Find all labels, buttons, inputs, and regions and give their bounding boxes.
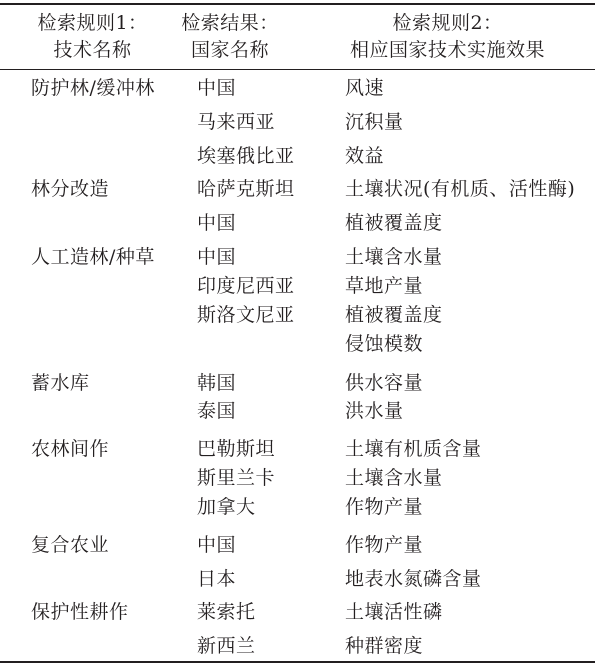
effect-cell: 洪水量: [345, 400, 404, 422]
tech-name-cell: 林分改造: [31, 178, 109, 200]
effect-cell: 沉积量: [345, 111, 404, 133]
effect-cell: 土壤有机质含量: [345, 438, 482, 460]
effect-cell: 土壤含水量: [345, 467, 443, 489]
effect-cell: 作物产量: [345, 496, 423, 518]
country-name-cell: 哈萨克斯坦: [197, 178, 295, 200]
tech-name-cell: 蓄水库: [31, 372, 90, 394]
country-name-cell: 加拿大: [197, 496, 256, 518]
tech-name-cell: 复合农业: [31, 534, 109, 556]
country-name-cell: 印度尼西亚: [197, 275, 295, 297]
header-col3-line2: 相应国家技术实施效果: [300, 39, 595, 61]
country-name-cell: 莱索托: [197, 601, 256, 623]
tech-name-cell: 人工造林/种草: [31, 246, 155, 268]
effect-cell: 供水容量: [345, 372, 423, 394]
table-bottom-rule: [0, 661, 595, 663]
country-name-cell: 中国: [197, 534, 236, 556]
effect-cell: 种群密度: [345, 635, 423, 657]
effect-cell: 地表水氮磷含量: [345, 568, 482, 590]
effect-cell: 植被覆盖度: [345, 304, 443, 326]
effect-cell: 侵蚀模数: [345, 333, 423, 355]
effect-cell: 植被覆盖度: [345, 212, 443, 234]
header-col1-line2: 技术名称: [20, 39, 165, 61]
header-col3-line1: 检索规则2：: [300, 12, 595, 34]
effect-cell: 土壤状况(有机质、活性酶): [345, 178, 575, 200]
country-name-cell: 中国: [197, 77, 236, 99]
effect-cell: 土壤含水量: [345, 246, 443, 268]
effect-cell: 土壤活性磷: [345, 601, 443, 623]
country-name-cell: 中国: [197, 212, 236, 234]
effect-cell: 风速: [345, 77, 384, 99]
header-col2-line1: 检索结果：: [170, 12, 290, 34]
country-name-cell: 巴勒斯坦: [197, 438, 275, 460]
country-name-cell: 中国: [197, 246, 236, 268]
country-name-cell: 新西兰: [197, 635, 256, 657]
header-separator-rule: [0, 69, 595, 70]
country-name-cell: 斯里兰卡: [197, 467, 275, 489]
country-name-cell: 斯洛文尼亚: [197, 304, 295, 326]
effect-cell: 效益: [345, 145, 384, 167]
country-name-cell: 马来西亚: [197, 111, 275, 133]
country-name-cell: 泰国: [197, 400, 236, 422]
country-name-cell: 韩国: [197, 372, 236, 394]
tech-name-cell: 农林间作: [31, 438, 109, 460]
effect-cell: 草地产量: [345, 275, 423, 297]
tech-name-cell: 防护林/缓冲林: [31, 77, 155, 99]
country-name-cell: 埃塞俄比亚: [197, 145, 295, 167]
tech-name-cell: 保护性耕作: [31, 601, 129, 623]
effect-cell: 作物产量: [345, 534, 423, 556]
header-col1-line1: 检索规则1：: [20, 12, 165, 34]
table-top-rule: [0, 3, 595, 5]
country-name-cell: 日本: [197, 568, 236, 590]
header-col2-line2: 国家名称: [170, 39, 290, 61]
